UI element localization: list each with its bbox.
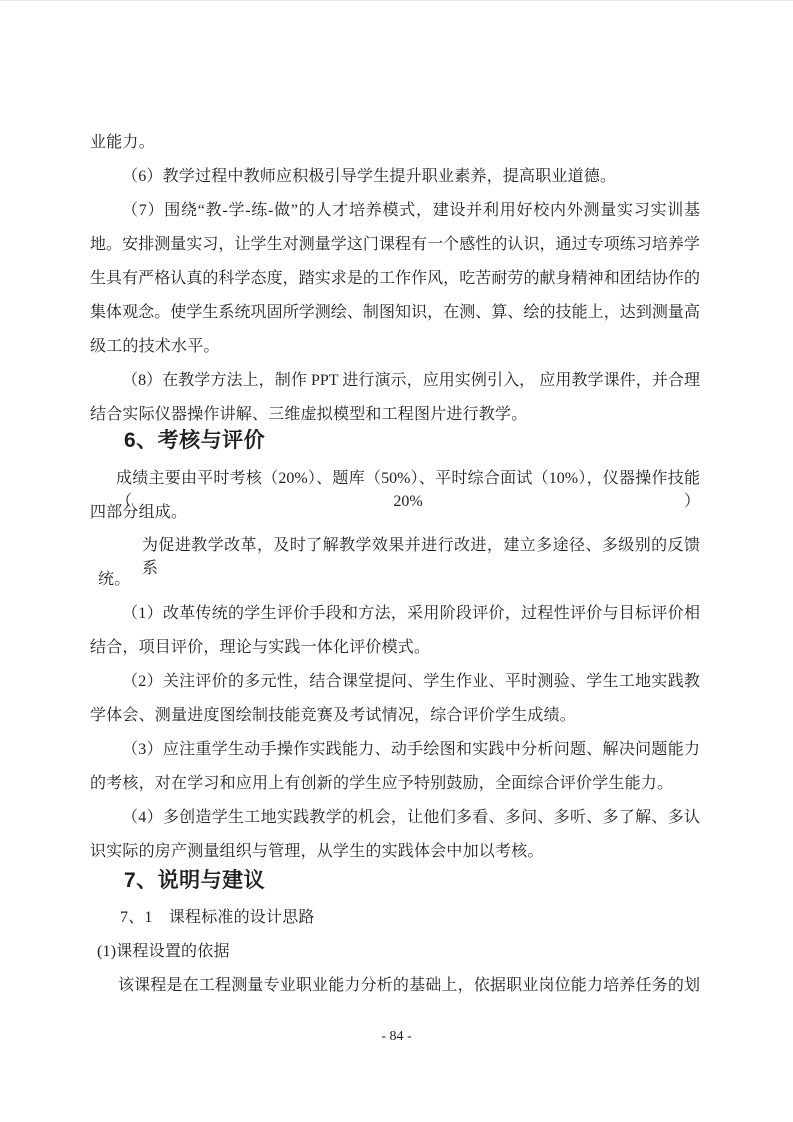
- grade-composition-line: 成绩主要由平时考核（20%）、题库（50%）、平时综合面试（10%），仪器操作技…: [116, 467, 700, 513]
- section-7-heading: 7、说明与建议: [124, 868, 265, 893]
- item-8-line: （8）在教学方法上，制作 PPT 进行演示，应用实例引入， 应用教学课件，并合理: [122, 369, 700, 392]
- paragraph-line: 业能力。: [90, 131, 155, 154]
- paragraph-line: 的考核，对在学习和应用上有创新的学生应予特别鼓励，全面综合评价学生能力。: [90, 772, 673, 795]
- item-4-line: （4）多创造学生工地实践教学的机会，让他们多看、多问、多听、多了解、多认: [122, 806, 700, 829]
- subsection-basis-heading: (1)课程设置的依据: [97, 940, 230, 963]
- paragraph-line: 级工的技术水平。: [90, 335, 220, 358]
- paragraph-line: 集体观念。使学生系统巩固所学测绘、制图知识，在测、算、绘的技能上，达到测量高: [90, 301, 700, 324]
- paragraph-line: 地。安排测量实习，让学生对测量学这门课程有一个感性的认识，通过专项练习培养学: [90, 233, 700, 256]
- paragraph-line: 四部分组成。: [90, 501, 187, 524]
- item-1-line: （1）改革传统的学生评价手段和方法，采用阶段评价，过程性评价与目标评价相: [122, 602, 700, 625]
- subsection-7-1-heading: 7、1 课程标准的设计思路: [120, 906, 315, 929]
- item-2-line: （2）关注评价的多元性，结合课堂提问、学生作业、平时测验、学生工地实践教: [122, 670, 700, 693]
- paragraph-line: 识实际的房产测量组织与管理，从学生的实践体会中加以考核。: [90, 840, 544, 863]
- paragraph-line: 统。: [98, 568, 130, 591]
- paragraph-line: 结合实际仪器操作讲解、三维虚拟模型和工程图片进行教学。: [90, 403, 527, 426]
- document-page: 业能力。 （6）教学过程中教师应积极引导学生提升职业素养，提高职业道德。 （7）…: [0, 0, 793, 1122]
- paragraph-line: 为促进教学改革，及时了解教学效果并进行改进，建立多途径、多级别的反馈系: [142, 534, 700, 580]
- paragraph-line: 生具有严格认真的科学态度，踏实求是的工作作风，吃苦耐劳的献身精神和团结协作的: [90, 267, 700, 290]
- paragraph-line: 结合，项目评价，理论与实践一体化评价模式。: [90, 636, 430, 659]
- paragraph-line: 学体会、测量进度图绘制技能竞赛及考试情况，综合评价学生成绩。: [90, 704, 576, 727]
- item-7-line: （7）围绕“教-学-练-做”的人才培养模式，建设并利用好校内外测量实习实训基: [122, 199, 700, 222]
- page-number: - 84 -: [0, 1029, 793, 1045]
- section-6-heading: 6、考核与评价: [124, 428, 265, 453]
- paragraph-line: 该课程是在工程测量专业职业能力分析的基础上，依据职业岗位能力培养任务的划: [118, 974, 700, 997]
- item-6-line: （6）教学过程中教师应积极引导学生提升职业素养，提高职业道德。: [122, 165, 616, 188]
- item-3-line: （3）应注重学生动手操作实践能力、动手绘图和实践中分析问题、解决问题能力: [122, 738, 700, 761]
